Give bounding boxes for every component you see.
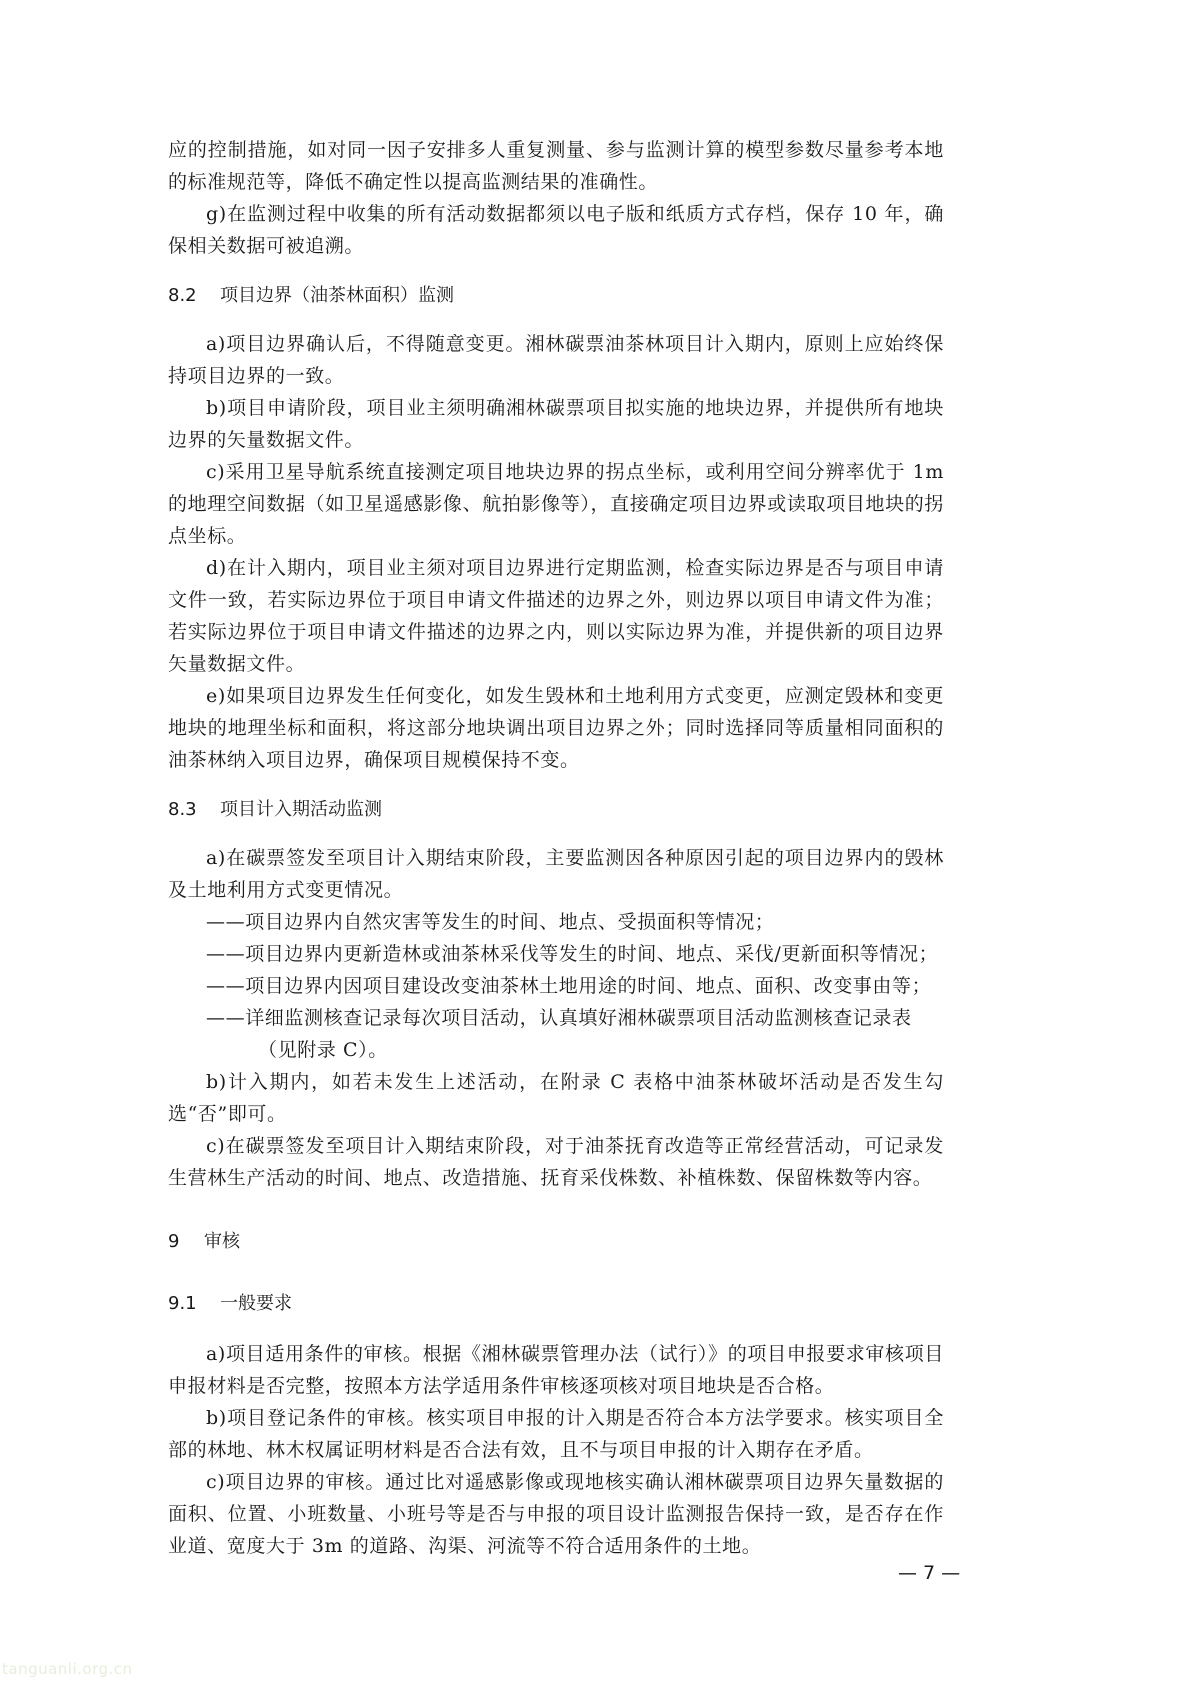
dash-item: ——项目边界内自然灾害等发生的时间、地点、受损面积等情况；: [168, 906, 944, 938]
section-number: 8.3: [168, 796, 220, 824]
paragraph-8-3-b: b)计入期内，如若未发生上述活动，在附录 C 表格中油茶林破坏活动是否发生勾选“…: [168, 1066, 944, 1130]
section-number: 8.2: [168, 282, 220, 310]
section-title: 项目边界（油茶林面积）监测: [220, 285, 454, 306]
paragraph-9-1-c: c)项目边界的审核。通过比对遥感影像或现地核实确认湘林碳票项目边界矢量数据的面积…: [168, 1466, 944, 1562]
section-number: 9.1: [168, 1290, 220, 1318]
paragraph-8-2-c: c)采用卫星导航系统直接测定项目地块边界的拐点坐标，或利用空间分辨率优于 1m …: [168, 456, 944, 552]
page-number: — 7 —: [898, 1562, 960, 1584]
paragraph-8-2-a: a)项目边界确认后，不得随意变更。湘林碳票油茶林项目计入期内，原则上应始终保持项…: [168, 328, 944, 392]
section-title: 项目计入期活动监测: [220, 799, 382, 820]
paragraph-9-1-a: a)项目适用条件的审核。根据《湘林碳票管理办法（试行）》的项目申报要求审核项目申…: [168, 1338, 944, 1402]
paragraph-9-1-b: b)项目登记条件的审核。核实项目申报的计入期是否符合本方法学要求。核实项目全部的…: [168, 1402, 944, 1466]
watermark: tanguanli.org.cn: [2, 1660, 133, 1678]
paragraph-8-3-a: a)在碳票签发至项目计入期结束阶段，主要监测因各种原因引起的项目边界内的毁林及土…: [168, 842, 944, 906]
paragraph-8-2-b: b)项目申请阶段，项目业主须明确湘林碳票项目拟实施的地块边界，并提供所有地块边界…: [168, 392, 944, 456]
dash-item: ——项目边界内因项目建设改变油茶林土地用途的时间、地点、面积、改变事由等；: [168, 970, 944, 1002]
document-page: 应的控制措施，如对同一因子安排多人重复测量、参与监测计算的模型参数尽量参考本地的…: [168, 134, 944, 1562]
section-heading-9-1: 9.1一般要求: [168, 1290, 944, 1318]
paragraph-8-2-e: e)如果项目边界发生任何变化，如发生毁林和土地利用方式变更，应测定毁林和变更地块…: [168, 680, 944, 776]
paragraph-8-2-d: d)在计入期内，项目业主须对项目边界进行定期监测，检查实际边界是否与项目申请文件…: [168, 552, 944, 680]
section-heading-9: 9审核: [168, 1228, 944, 1256]
section-heading-8-2: 8.2项目边界（油茶林面积）监测: [168, 282, 944, 310]
section-number: 9: [168, 1228, 204, 1256]
paragraph-continuation: 应的控制措施，如对同一因子安排多人重复测量、参与监测计算的模型参数尽量参考本地的…: [168, 134, 944, 198]
section-title: 审核: [204, 1231, 240, 1252]
section-title: 一般要求: [220, 1293, 292, 1314]
section-heading-8-3: 8.3项目计入期活动监测: [168, 796, 944, 824]
paragraph-g: g)在监测过程中收集的所有活动数据都须以电子版和纸质方式存档，保存 10 年，确…: [168, 198, 944, 262]
dash-item: ——项目边界内更新造林或油茶林采伐等发生的时间、地点、采伐/更新面积等情况；: [168, 938, 944, 970]
dash-item: ——详细监测核查记录每次项目活动，认真填好湘林碳票项目活动监测核查记录表（见附录…: [168, 1002, 944, 1066]
paragraph-8-3-c: c)在碳票签发至项目计入期结束阶段，对于油茶抚育改造等正常经营活动，可记录发生营…: [168, 1130, 944, 1194]
